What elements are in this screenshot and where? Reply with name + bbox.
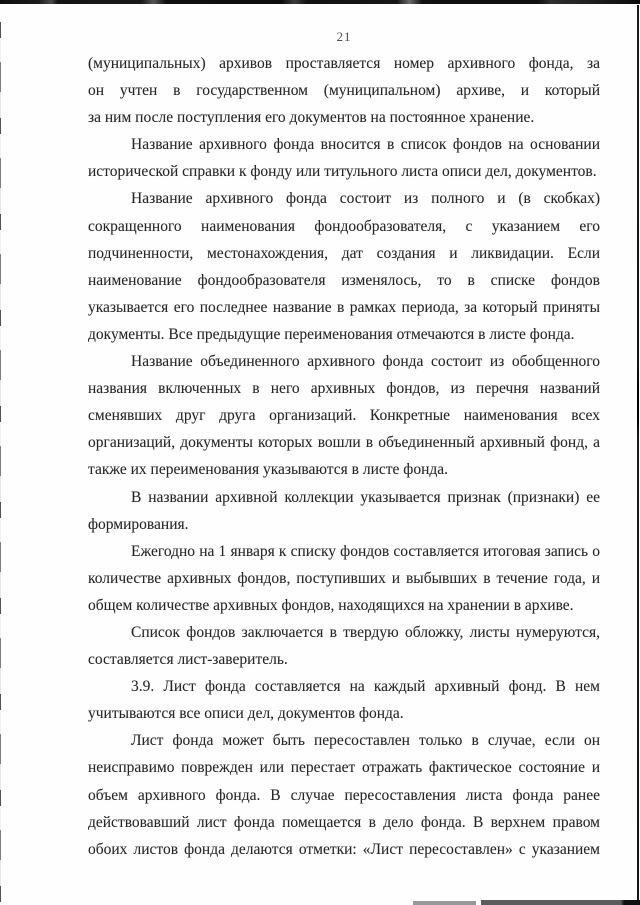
document-page: 21 (муниципальных) архивов проставляется… <box>0 0 640 905</box>
text-line: составляется лист-заверитель. <box>88 646 600 673</box>
text-line: формирования. <box>88 511 600 538</box>
paragraph: Лист фонда может быть пересоставлен толь… <box>88 727 600 862</box>
text-line: также их переименования указываются в ли… <box>88 456 600 483</box>
text-line: В названии архивной коллекции указываетс… <box>88 484 600 511</box>
text-line: сокращенного наименования фондообразоват… <box>88 213 600 240</box>
text-line: организаций, документы которых вошли в о… <box>88 429 600 456</box>
text-line: сменявших друг друга организаций. Конкре… <box>88 402 600 429</box>
text-line: наименование фондообразователя изменялос… <box>88 267 600 294</box>
text-line: Ежегодно на 1 января к списку фондов сос… <box>88 538 600 565</box>
text-line: подчиненности, местонахождения, дат созд… <box>88 240 600 267</box>
text-line: Название архивного фонда вносится в спис… <box>88 131 600 158</box>
text-line: документы. Все предыдущие переименования… <box>88 321 600 348</box>
paragraph: 3.9. Лист фонда составляется на каждый а… <box>88 673 600 727</box>
scan-edge-top-artifact <box>0 0 640 4</box>
text-line: обоих листов фонда делаются отметки: «Ли… <box>88 836 600 863</box>
text-line: учитываются все описи дел, документов фо… <box>88 700 600 727</box>
scan-edge-right-artifact <box>637 5 639 905</box>
text-line: Название архивного фонда состоит из полн… <box>88 185 600 212</box>
paragraph: Название архивного фонда состоит из полн… <box>88 185 600 348</box>
paragraph: Список фондов заключается в твердую обло… <box>88 619 600 673</box>
text-line: он учтен в государственном (муниципально… <box>88 77 600 104</box>
text-line: общем количестве архивных фондов, находя… <box>88 592 600 619</box>
paragraph: Название объединенного архивного фонда с… <box>88 348 600 483</box>
text-line: неисправимо поврежден или перестает отра… <box>88 754 600 781</box>
paragraph: Ежегодно на 1 января к списку фондов сос… <box>88 538 600 619</box>
text-line: за ним после поступления его документов … <box>88 104 600 131</box>
text-line: Список фондов заключается в твердую обло… <box>88 619 600 646</box>
text-line: действовавший лист фонда помещается в де… <box>88 809 600 836</box>
paragraph: (муниципальных) архивов проставляется но… <box>88 50 600 131</box>
scan-edge-left-artifact <box>0 22 1 905</box>
text-line: (муниципальных) архивов проставляется но… <box>88 50 600 77</box>
scan-edge-bottom-dark-artifact <box>481 900 640 905</box>
text-line: названия включенных в него архивных фонд… <box>88 375 600 402</box>
text-line: исторической справки к фонду или титульн… <box>88 158 600 185</box>
text-line: 3.9. Лист фонда составляется на каждый а… <box>88 673 600 700</box>
text-line: Лист фонда может быть пересоставлен толь… <box>88 727 600 754</box>
text-line: Название объединенного архивного фонда с… <box>88 348 600 375</box>
paragraph: В названии архивной коллекции указываетс… <box>88 484 600 538</box>
scan-edge-bottom-gray-artifact <box>413 901 476 905</box>
page-number: 21 <box>88 29 600 45</box>
text-line: указывается его последнее название в рам… <box>88 294 600 321</box>
text-line: количестве архивных фондов, поступивших … <box>88 565 600 592</box>
paragraph: Название архивного фонда вносится в спис… <box>88 131 600 185</box>
text-block: (муниципальных) архивов проставляется но… <box>88 50 600 863</box>
text-line: объем архивного фонда. В случае пересост… <box>88 782 600 809</box>
